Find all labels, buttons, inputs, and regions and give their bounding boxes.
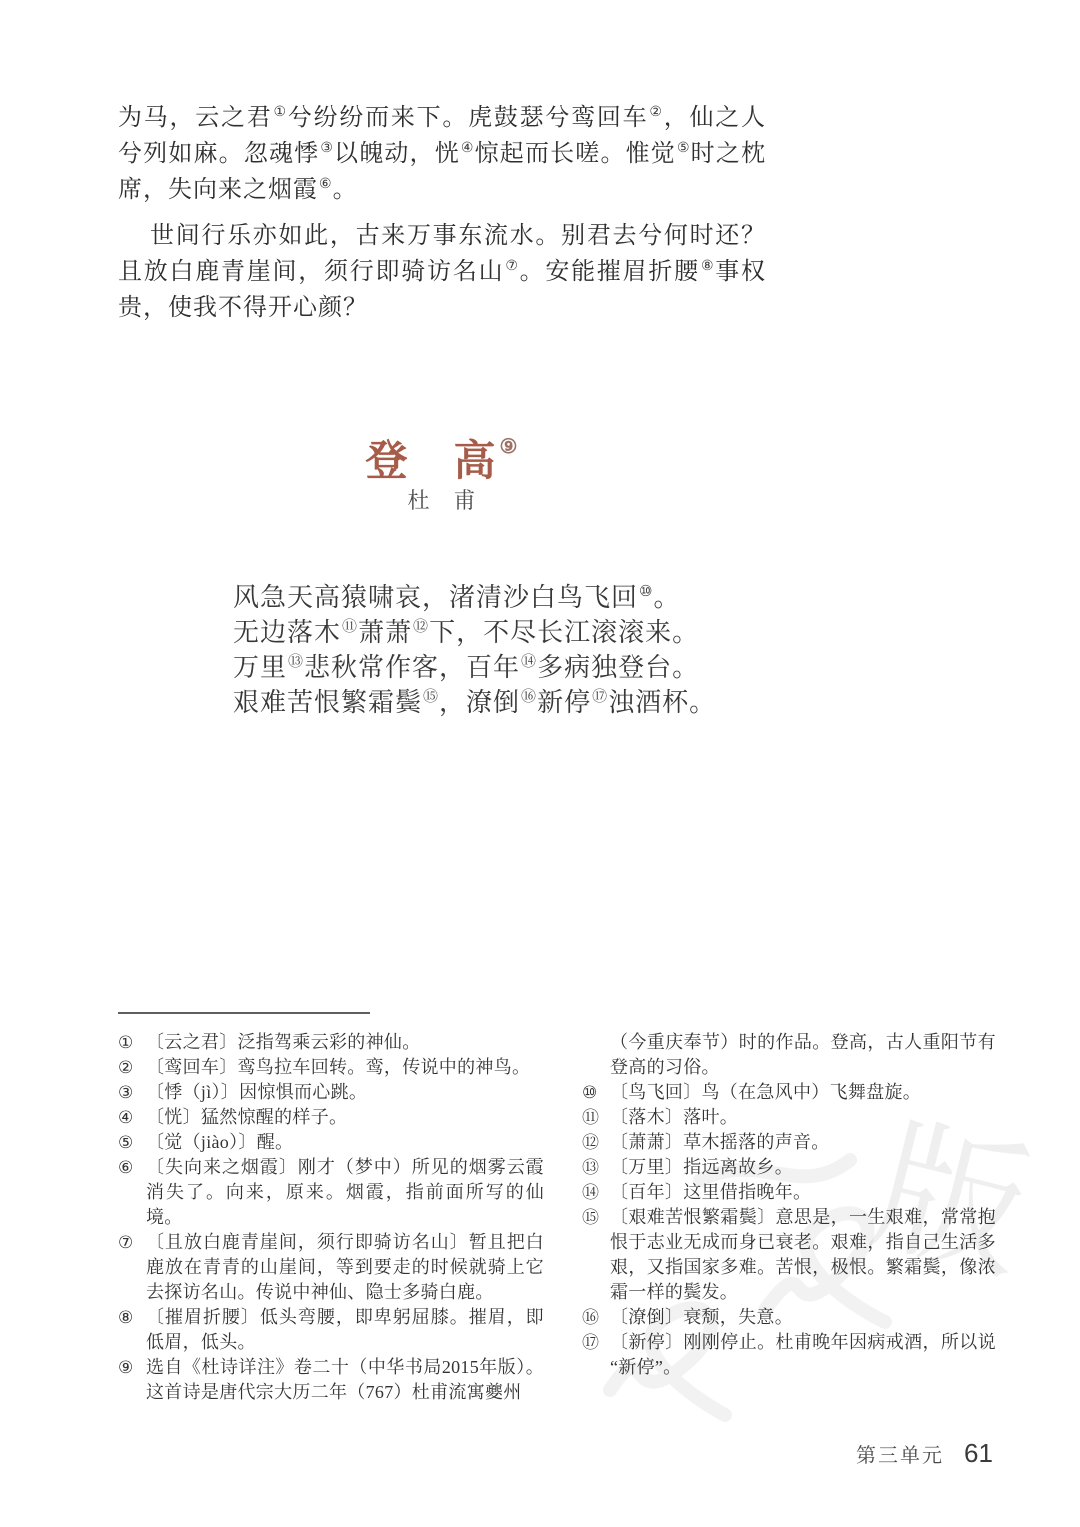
footnote-ref-2: ②: [649, 105, 662, 120]
footnote-ref-5: ⑤: [677, 141, 690, 156]
footnote-ref-11: ⑪: [342, 619, 357, 635]
footnote-item: ⑰〔新停〕刚刚停止。杜甫晚年因病戒酒，所以说“新停”。: [582, 1330, 996, 1380]
footnote-text: （今重庆奉节）时的作品。登高，古人重阳节有登高的习俗。: [610, 1030, 996, 1080]
textbook-page: 为马，云之君①兮纷纷而来下。虎鼓瑟兮鸾回车②，仙之人兮列如麻。忽魂悸③以魄动，恍…: [0, 0, 1080, 1527]
footnote-text: 〔鸟飞回〕鸟（在急风中）飞舞盘旋。: [610, 1080, 996, 1105]
footnote-marker: ⑰: [582, 1330, 610, 1355]
footnote-item: ⑫〔萧萧〕草木摇落的声音。: [582, 1130, 996, 1155]
poem-text: 。: [653, 583, 680, 612]
footnote-marker: ⑥: [118, 1155, 146, 1180]
footnote-ref-1: ①: [274, 105, 287, 120]
footnote-ref-14: ⑭: [521, 654, 536, 670]
footnote-ref-3: ③: [320, 141, 333, 156]
footnote-marker: ②: [118, 1055, 146, 1080]
footnote-column-left: ①〔云之君〕泛指驾乘云彩的神仙。 ②〔鸾回车〕鸾鸟拉车回转。鸾，传说中的神鸟。 …: [118, 1030, 544, 1405]
footnote-marker: ⑮: [582, 1205, 610, 1230]
poem-text: 浊酒杯。: [608, 688, 716, 717]
footnote-item: ⑪〔落木〕落叶。: [582, 1105, 996, 1130]
poem-line-1: 风急天高猿啸哀，渚清沙白鸟飞回⑩。: [233, 580, 716, 615]
prose-paragraph-2: 世间行乐亦如此，古来万事东流水。别君去兮何时还？且放白鹿青崖间，须行即骑访名山⑦…: [118, 218, 766, 326]
footnote-marker: ⑫: [582, 1130, 610, 1155]
footnote-item: ⑬〔万里〕指远离故乡。: [582, 1155, 996, 1180]
footnote-item: ④〔恍〕猛然惊醒的样子。: [118, 1105, 544, 1130]
footnote-text: 〔恍〕猛然惊醒的样子。: [146, 1105, 544, 1130]
poem-author: 杜 甫: [118, 486, 766, 516]
prose-text: 。安能摧眉折腰: [520, 259, 700, 285]
footnote-divider: [118, 1012, 370, 1014]
poem-text: 艰难苦恨繁霜鬓: [233, 688, 422, 717]
poem-title-text: 登 高: [366, 439, 498, 485]
poem-text: 无边落木: [233, 618, 341, 647]
footnote-text: 〔鸾回车〕鸾鸟拉车回转。鸾，传说中的神鸟。: [146, 1055, 544, 1080]
footnote-ref-15: ⑮: [423, 689, 438, 705]
footnote-text: 〔失向来之烟霞〕刚才（梦中）所见的烟雾云霞消失了。向来，原来。烟霞，指前面所写的…: [146, 1155, 544, 1230]
footnote-item: ⑧〔摧眉折腰〕低头弯腰，即卑躬屈膝。摧眉，即低眉，低头。: [118, 1305, 544, 1355]
footnote-ref-16: ⑯: [521, 689, 536, 705]
poem-text: 万里: [233, 653, 287, 682]
footnote-item: ⑨选自《杜诗详注》卷二十（中华书局2015年版）。这首诗是唐代宗大历二年（767…: [118, 1355, 544, 1405]
footnote-ref-9: ⑨: [500, 436, 518, 458]
page-footer: 第三单元 61: [856, 1438, 993, 1469]
footnote-text: 〔落木〕落叶。: [610, 1105, 996, 1130]
footnote-item: ⑩〔鸟飞回〕鸟（在急风中）飞舞盘旋。: [582, 1080, 996, 1105]
poem-line-4: 艰难苦恨繁霜鬓⑮，潦倒⑯新停⑰浊酒杯。: [233, 685, 716, 720]
footnote-ref-6: ⑥: [319, 177, 332, 192]
footnote-text: 〔新停〕刚刚停止。杜甫晚年因病戒酒，所以说“新停”。: [610, 1330, 996, 1380]
footnote-text: 〔且放白鹿青崖间，须行即骑访名山〕暂且把白鹿放在青青的山崖间，等到要走的时候就骑…: [146, 1230, 544, 1305]
footnote-ref-13: ⑬: [288, 654, 303, 670]
footnote-item: ⑯〔潦倒〕衰颓，失意。: [582, 1305, 996, 1330]
footnote-text: 〔云之君〕泛指驾乘云彩的神仙。: [146, 1030, 544, 1055]
footnote-marker: ⑧: [118, 1305, 146, 1330]
poem-body: 风急天高猿啸哀，渚清沙白鸟飞回⑩。 无边落木⑪萧萧⑫下，不尽长江滚滚来。 万里⑬…: [233, 580, 716, 720]
footnote-text: 〔百年〕这里借指晚年。: [610, 1180, 996, 1205]
footnote-text: 〔摧眉折腰〕低头弯腰，即卑躬屈膝。摧眉，即低眉，低头。: [146, 1305, 544, 1355]
footnote-ref-12: ⑫: [413, 619, 428, 635]
footnote-text: 〔萧萧〕草木摇落的声音。: [610, 1130, 996, 1155]
prose-text: 惊起而长嗟。惟觉: [475, 141, 676, 167]
footnote-marker: ⑯: [582, 1305, 610, 1330]
footnote-ref-17: ⑰: [592, 689, 607, 705]
footnote-item: ⑭〔百年〕这里借指晚年。: [582, 1180, 996, 1205]
footnote-item-continuation: （今重庆奉节）时的作品。登高，古人重阳节有登高的习俗。: [582, 1030, 996, 1080]
footnote-column-right: （今重庆奉节）时的作品。登高，古人重阳节有登高的习俗。 ⑩〔鸟飞回〕鸟（在急风中…: [582, 1030, 996, 1380]
footnote-marker: ①: [118, 1030, 146, 1055]
footnote-marker: ③: [118, 1080, 146, 1105]
prose-section: 为马，云之君①兮纷纷而来下。虎鼓瑟兮鸾回车②，仙之人兮列如麻。忽魂悸③以魄动，恍…: [118, 100, 766, 326]
poem-text: 多病独登台。: [537, 653, 699, 682]
prose-paragraph-1: 为马，云之君①兮纷纷而来下。虎鼓瑟兮鸾回车②，仙之人兮列如麻。忽魂悸③以魄动，恍…: [118, 100, 766, 208]
footnote-item: ⑮〔艰难苦恨繁霜鬓〕意思是，一生艰难，常常抱恨于志业无成而身已衰老。艰难，指自己…: [582, 1205, 996, 1305]
footnote-item: ③〔悸（jì）〕因惊惧而心跳。: [118, 1080, 544, 1105]
footnote-ref-8: ⑧: [701, 259, 714, 274]
poem-text: 悲秋常作客，百年: [304, 653, 520, 682]
footnote-item: ①〔云之君〕泛指驾乘云彩的神仙。: [118, 1030, 544, 1055]
footnote-item: ②〔鸾回车〕鸾鸟拉车回转。鸾，传说中的神鸟。: [118, 1055, 544, 1080]
poem-line-2: 无边落木⑪萧萧⑫下，不尽长江滚滚来。: [233, 615, 716, 650]
prose-text: 以魄动，恍: [334, 141, 460, 167]
footnote-marker: ⑤: [118, 1130, 146, 1155]
unit-label: 第三单元: [856, 1439, 944, 1468]
footnote-marker: ⑦: [118, 1230, 146, 1255]
prose-text: 。: [333, 177, 358, 203]
poem-title: 登 高⑨: [118, 436, 766, 488]
footnote-marker: ⑬: [582, 1155, 610, 1180]
poem-text: 萧萧: [358, 618, 412, 647]
footnote-text: 〔觉（jiào）〕醒。: [146, 1130, 544, 1155]
page-number: 61: [964, 1438, 993, 1469]
footnote-text: 〔艰难苦恨繁霜鬓〕意思是，一生艰难，常常抱恨于志业无成而身已衰老。艰难，指自己生…: [610, 1205, 996, 1305]
footnote-ref-10: ⑩: [639, 584, 652, 600]
footnote-text: 〔潦倒〕衰颓，失意。: [610, 1305, 996, 1330]
prose-text: 为马，云之君: [118, 105, 273, 131]
footnote-text: 〔万里〕指远离故乡。: [610, 1155, 996, 1180]
poem-text: ，潦倒: [439, 688, 520, 717]
poem-text: 风急天高猿啸哀，渚清沙白鸟飞回: [233, 583, 638, 612]
footnote-marker: ⑭: [582, 1180, 610, 1205]
footnote-ref-4: ④: [461, 141, 474, 156]
poem-text: 新停: [537, 688, 591, 717]
footnote-item: ⑥〔失向来之烟霞〕刚才（梦中）所见的烟雾云霞消失了。向来，原来。烟霞，指前面所写…: [118, 1155, 544, 1230]
footnote-ref-7: ⑦: [505, 259, 518, 274]
footnote-text: 〔悸（jì）〕因惊惧而心跳。: [146, 1080, 544, 1105]
poem-line-3: 万里⑬悲秋常作客，百年⑭多病独登台。: [233, 650, 716, 685]
prose-text: 兮纷纷而来下。虎鼓瑟兮鸾回车: [288, 105, 649, 131]
footnote-item: ⑦〔且放白鹿青崖间，须行即骑访名山〕暂且把白鹿放在青青的山崖间，等到要走的时候就…: [118, 1230, 544, 1305]
footnote-item: ⑤〔觉（jiào）〕醒。: [118, 1130, 544, 1155]
footnote-text: 选自《杜诗详注》卷二十（中华书局2015年版）。这首诗是唐代宗大历二年（767）…: [146, 1355, 544, 1405]
footnote-marker: ⑩: [582, 1080, 610, 1105]
footnote-marker: ⑨: [118, 1355, 146, 1380]
footnote-marker: ④: [118, 1105, 146, 1130]
footnote-marker: ⑪: [582, 1105, 610, 1130]
poem-text: 下，不尽长江滚滚来。: [429, 618, 699, 647]
